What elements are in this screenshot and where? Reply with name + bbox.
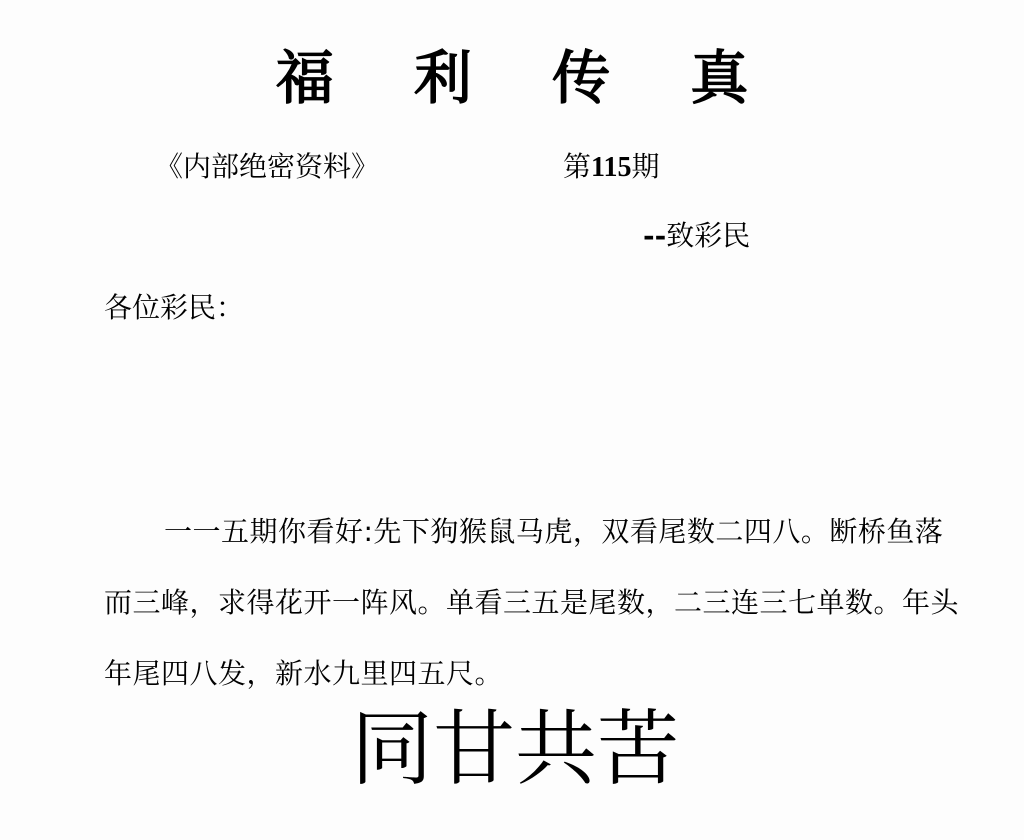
document-title: 福 利 传 真 [0, 38, 1024, 118]
closing-slogan: 同甘共苦 [0, 700, 1024, 800]
addressee-line: --致彩民 [643, 214, 750, 258]
document-page: 福 利 传 真 《内部绝密资料》 第115期 --致彩民 各位彩民： 一一五期你… [0, 0, 1024, 840]
issue-value: 115 [591, 152, 631, 183]
issue-prefix: 第 [563, 150, 591, 183]
addressee-text: 致彩民 [666, 219, 750, 252]
addressee-dash: -- [643, 219, 666, 252]
issue-number: 第115期 [563, 145, 660, 190]
issue-suffix: 期 [631, 150, 659, 183]
body-paragraph: 一一五期你看好:先下狗猴鼠马虎，双看尾数二四八。断桥鱼落而三峰，求得花开一阵风。… [104, 496, 964, 709]
confidential-label: 《内部绝密资料》 [155, 145, 379, 189]
greeting: 各位彩民： [104, 286, 244, 330]
